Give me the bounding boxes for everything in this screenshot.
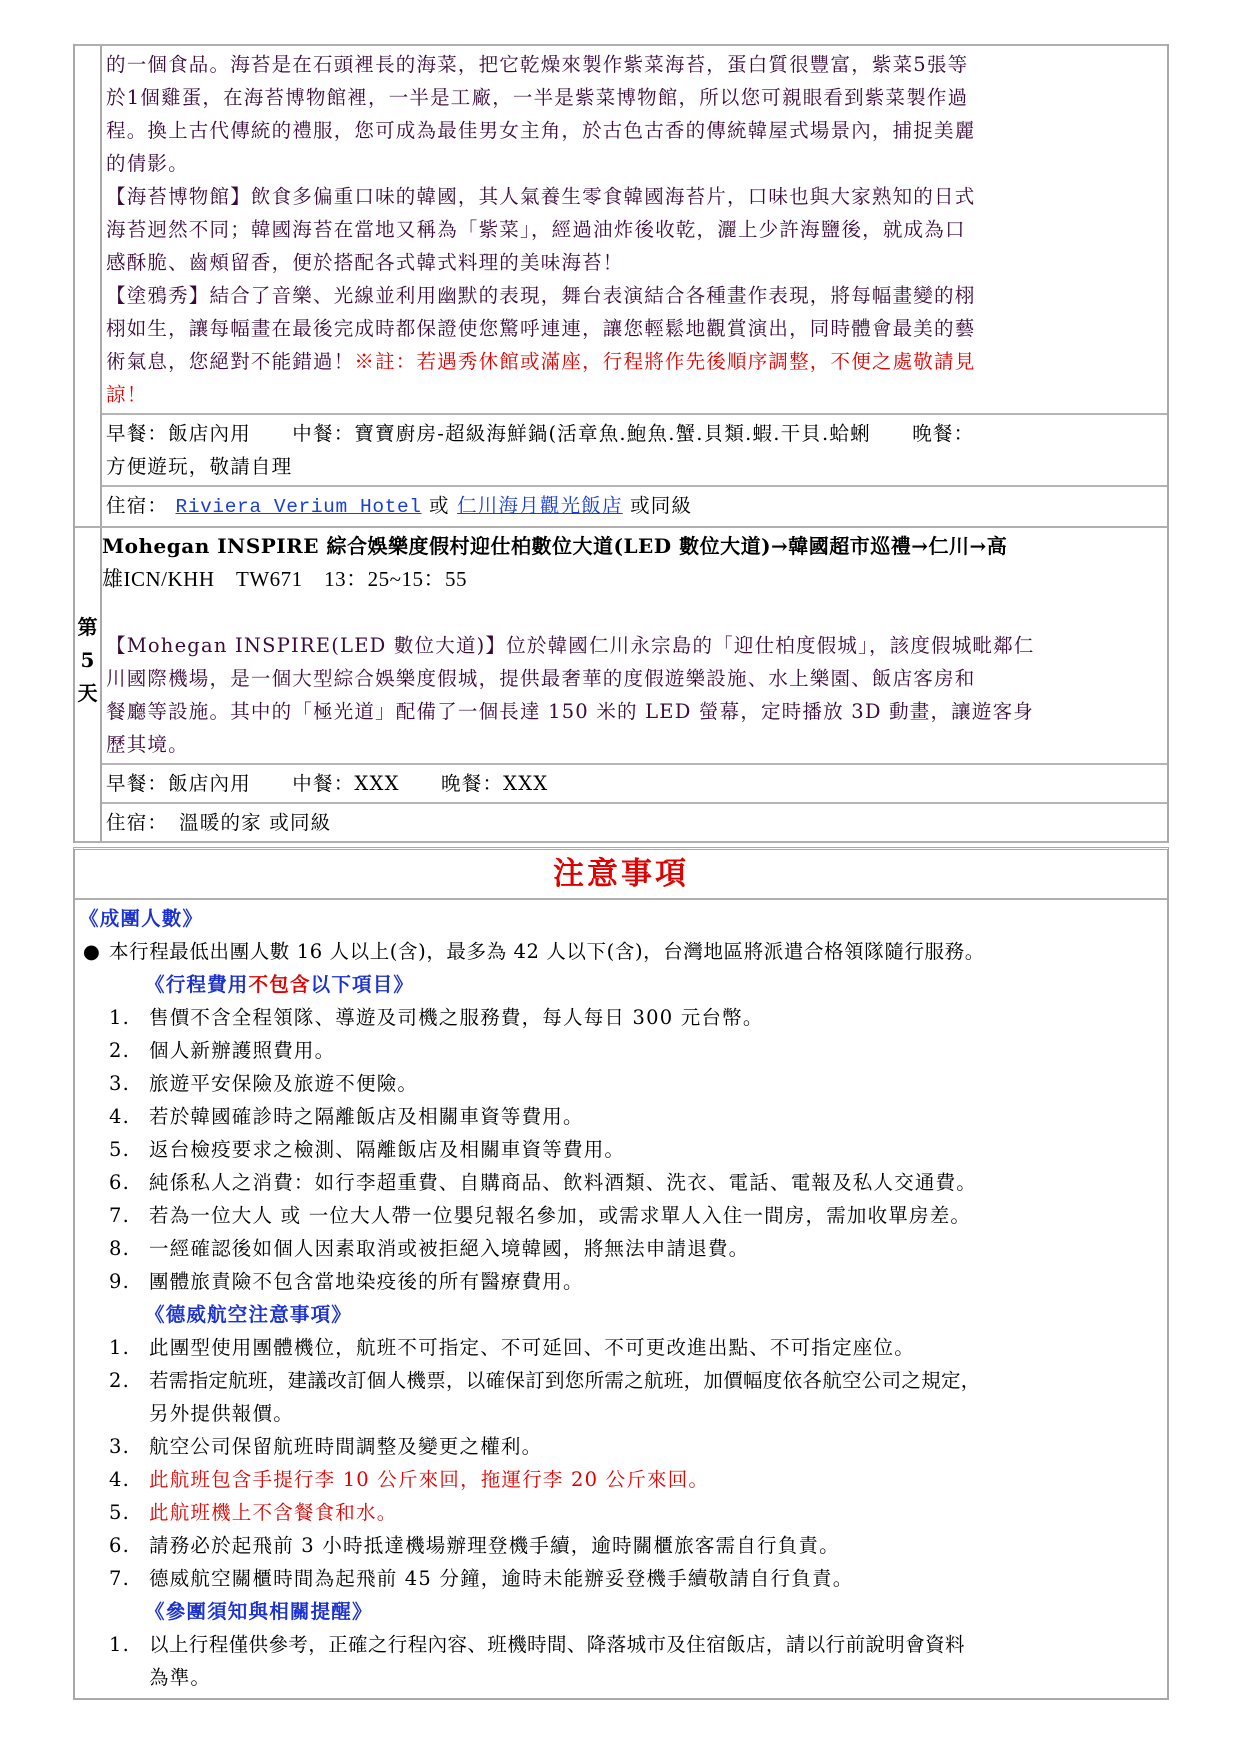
- item-number: 2.: [109, 1364, 149, 1430]
- item-text: 德威航空關櫃時間為起飛前 45 分鐘，逾時未能辦妥登機手續敬請自行負責。: [149, 1562, 1167, 1595]
- reminder-item: 1.以上行程僅供參考，正確之行程內容、班機時間、降落城市及住宿飯店，請以行前說明…: [75, 1628, 1167, 1694]
- airline-item: 4.此航班包含手提行李 10 公斤來回，拖運行李 20 公斤來回。: [75, 1463, 1167, 1496]
- lodging-cell: 住宿： 溫暖的家 或同級: [102, 802, 1167, 841]
- excluded-heading-red: 不包含: [249, 973, 311, 996]
- day-label-number: 5: [75, 644, 100, 677]
- item-number: 4.: [109, 1463, 149, 1496]
- item-text: 返台檢疫要求之檢測、隔離飯店及相關車資等費用。: [149, 1133, 1167, 1166]
- item-number: 1.: [109, 1001, 149, 1034]
- day-description: 【Mohegan INSPIRE(LED 數位大道)】位於韓國仁川永宗島的「迎仕…: [102, 629, 1163, 761]
- item-number: 3.: [109, 1430, 149, 1463]
- desc-text: 術氣息，您絕對不能錯過！: [106, 350, 354, 373]
- excluded-item: 7.若為一位大人 或 一位大人帶一位嬰兒報名參加，或需求單人入住一間房，需加收單…: [75, 1199, 1167, 1232]
- meals-line: 方便遊玩，敬請自理: [106, 450, 1163, 483]
- notes-section: 注意事項 《成團人數》 ● 本行程最低出團人數 16 人以上(含)，最多為 42…: [73, 847, 1169, 1700]
- excluded-heading-a: 《行程費用: [145, 973, 249, 996]
- item-text: 純係私人之消費：如行李超重費、自購商品、飲料酒類、洗衣、電話、電報及私人交通費。: [149, 1166, 1167, 1199]
- desc-line: 的一個食品。海苔是在石頭裡長的海菜，把它乾燥來製作紫菜海苔，蛋白質很豐富，紫菜5…: [106, 48, 1163, 81]
- desc-line: 於1個雞蛋，在海苔博物館裡，一半是工廠，一半是紫菜博物館，所以您可親眼看到紫菜製…: [106, 81, 1163, 114]
- desc-line: 川國際機場，是一個大型綜合娛樂度假城，提供最奢華的度假遊樂設施、水上樂園、飯店客…: [106, 662, 1163, 695]
- excluded-item: 9.團體旅責險不包含當地染疫後的所有醫療費用。: [75, 1265, 1167, 1298]
- item-text: 若為一位大人 或 一位大人帶一位嬰兒報名參加，或需求單人入住一間房，需加收單房差…: [149, 1199, 1167, 1232]
- hotel-link-incheon[interactable]: 仁川海月觀光飯店: [457, 494, 623, 517]
- item-number: 6.: [109, 1166, 149, 1199]
- excluded-item: 2.個人新辦護照費用。: [75, 1034, 1167, 1067]
- day-title-and-description: Mohegan INSPIRE 綜合娛樂度假村迎仕柏數位大道(LED 數位大道)…: [102, 528, 1167, 763]
- item-number: 9.: [109, 1265, 149, 1298]
- day-title: Mohegan INSPIRE 綜合娛樂度假村迎仕柏數位大道(LED 數位大道)…: [102, 530, 1163, 563]
- airline-item: 3.航空公司保留航班時間調整及變更之權利。: [75, 1430, 1167, 1463]
- item-text: 一經確認後如個人因素取消或被拒絕入境韓國，將無法申請退費。: [149, 1232, 1167, 1265]
- item-text: 航空公司保留航班時間調整及變更之權利。: [149, 1430, 1167, 1463]
- lodging-suffix: 或同級: [630, 494, 692, 517]
- excluded-item: 4.若於韓國確診時之隔離飯店及相關車資等費用。: [75, 1100, 1167, 1133]
- item-number: 2.: [109, 1034, 149, 1067]
- excluded-item: 8.一經確認後如個人因素取消或被拒絕入境韓國，將無法申請退費。: [75, 1232, 1167, 1265]
- day-column: [75, 46, 102, 526]
- item-text: 旅遊平安保險及旅遊不便險。: [149, 1067, 1167, 1100]
- desc-line: 餐廳等設施。其中的「極光道」配備了一個長達 150 米的 LED 螢幕，定時播放…: [106, 695, 1163, 728]
- item-text: 若於韓國確診時之隔離飯店及相關車資等費用。: [149, 1100, 1167, 1133]
- airline-item: 1.此團型使用團體機位，航班不可指定、不可延回、不可更改進出點、不可指定座位。: [75, 1331, 1167, 1364]
- notes-body: 《成團人數》 ● 本行程最低出團人數 16 人以上(含)，最多為 42 人以下(…: [75, 900, 1167, 1698]
- day-column: 第 5 天: [75, 528, 102, 841]
- item-number: 1.: [109, 1331, 149, 1364]
- item-text-cont: 為準。: [149, 1666, 211, 1689]
- bullet-text: 本行程最低出團人數 16 人以上(含)，最多為 42 人以下(含)，台灣地區將派…: [109, 935, 985, 968]
- page: 的一個食品。海苔是在石頭裡長的海菜，把它乾燥來製作紫菜海苔，蛋白質很豐富，紫菜5…: [73, 44, 1165, 1700]
- item-text: 以上行程僅供參考，正確之行程內容、班機時間、降落城市及住宿飯店，請以行前說明會資…: [149, 1628, 1167, 1694]
- item-number: 5.: [109, 1496, 149, 1529]
- desc-line: 的倩影。: [106, 147, 1163, 180]
- airline-item: 2.若需指定航班，建議改訂個人機票，以確保訂到您所需之航班，加價幅度依各航空公司…: [75, 1364, 1167, 1430]
- item-text: 請務必於起飛前 3 小時抵達機場辦理登機手續，逾時關櫃旅客需自行負責。: [149, 1529, 1167, 1562]
- reminders-heading: 《參團須知與相關提醒》: [75, 1595, 1167, 1628]
- excluded-heading-b: 以下項目》: [311, 973, 415, 996]
- item-number: 4.: [109, 1100, 149, 1133]
- show-closure-note-cont: 諒！: [106, 378, 1163, 411]
- item-text: 此團型使用團體機位，航班不可指定、不可延回、不可更改進出點、不可指定座位。: [149, 1331, 1167, 1364]
- itinerary-row-day5: 第 5 天 Mohegan INSPIRE 綜合娛樂度假村迎仕柏數位大道(LED…: [75, 526, 1167, 841]
- item-number: 1.: [109, 1628, 149, 1694]
- desc-line: 【Mohegan INSPIRE(LED 數位大道)】位於韓國仁川永宗島的「迎仕…: [106, 629, 1163, 662]
- spacer: [102, 596, 1163, 629]
- hotel-link-riviera[interactable]: Riviera Verium Hotel: [176, 496, 422, 518]
- meals-line: 早餐：飯店內用 中餐：寶寶廚房-超級海鮮鍋(活章魚.鮑魚.蟹.貝類.蝦.干貝.蛤…: [106, 417, 1163, 450]
- desc-line: 【塗鴉秀】結合了音樂、光線並利用幽默的表現，舞台表演結合各種畫作表現，將每幅畫變…: [106, 279, 1163, 312]
- excluded-item: 1.售價不含全程領隊、導遊及司機之服務費，每人每日 300 元台幣。: [75, 1001, 1167, 1034]
- day-label-char: 第: [75, 611, 100, 644]
- group-size-heading: 《成團人數》: [75, 902, 1167, 935]
- excluded-item: 6.純係私人之消費：如行李超重費、自購商品、飲料酒類、洗衣、電話、電報及私人交通…: [75, 1166, 1167, 1199]
- notes-title: 注意事項: [75, 850, 1167, 900]
- show-closure-note: ※註：若遇秀休館或滿座，行程將作先後順序調整，不便之處敬請見: [354, 350, 975, 373]
- item-number: 6.: [109, 1529, 149, 1562]
- airline-item: 5.此航班機上不含餐食和水。: [75, 1496, 1167, 1529]
- desc-line: 感酥脆、齒頰留香，便於搭配各式韓式料理的美味海苔！: [106, 246, 1163, 279]
- day-description: 的一個食品。海苔是在石頭裡長的海菜，把它乾燥來製作紫菜海苔，蛋白質很豐富，紫菜5…: [102, 46, 1167, 413]
- item-number: 7.: [109, 1199, 149, 1232]
- desc-line: 歷其境。: [106, 728, 1163, 761]
- itinerary-table: 的一個食品。海苔是在石頭裡長的海菜，把它乾燥來製作紫菜海苔，蛋白質很豐富，紫菜5…: [73, 44, 1169, 843]
- table-bottom-border: [75, 841, 1167, 843]
- item-text-red: 此航班包含手提行李 10 公斤來回，拖運行李 20 公斤來回。: [149, 1463, 1167, 1496]
- item-text-line: 以上行程僅供參考，正確之行程內容、班機時間、降落城市及住宿飯店，請以行前說明會資…: [149, 1633, 965, 1656]
- item-text-cont: 另外提供報價。: [149, 1402, 294, 1425]
- desc-line: 術氣息，您絕對不能錯過！※註：若遇秀休館或滿座，行程將作先後順序調整，不便之處敬…: [106, 345, 1163, 378]
- excluded-heading: 《行程費用不包含以下項目》: [75, 968, 1167, 1001]
- airline-item: 6.請務必於起飛前 3 小時抵達機場辦理登機手續，逾時關櫃旅客需自行負責。: [75, 1529, 1167, 1562]
- lodging-cell: 住宿： Riviera Verium Hotel 或 仁川海月觀光飯店 或同級: [102, 485, 1167, 526]
- item-text: 個人新辦護照費用。: [149, 1034, 1167, 1067]
- item-text: 團體旅責險不包含當地染疫後的所有醫療費用。: [149, 1265, 1167, 1298]
- itinerary-row-day4-continued: 的一個食品。海苔是在石頭裡長的海菜，把它乾燥來製作紫菜海苔，蛋白質很豐富，紫菜5…: [75, 44, 1167, 526]
- bullet-icon: ●: [75, 935, 109, 968]
- flight-info: 雄ICN/KHH TW671 13：25~15：55: [102, 563, 1163, 596]
- day-content: Mohegan INSPIRE 綜合娛樂度假村迎仕柏數位大道(LED 數位大道)…: [102, 528, 1167, 841]
- desc-line: 【海苔博物館】飲食多偏重口味的韓國，其人氣養生零食韓國海苔片，口味也與大家熟知的…: [106, 180, 1163, 213]
- item-text: 售價不含全程領隊、導遊及司機之服務費，每人每日 300 元台幣。: [149, 1001, 1167, 1034]
- lodging-or: 或: [429, 494, 450, 517]
- item-number: 3.: [109, 1067, 149, 1100]
- item-number: 8.: [109, 1232, 149, 1265]
- item-text-red: 此航班機上不含餐食和水。: [149, 1496, 1167, 1529]
- excluded-item: 3.旅遊平安保險及旅遊不便險。: [75, 1067, 1167, 1100]
- desc-line: 海苔迥然不同；韓國海苔在當地又稱為「紫菜」，經過油炸後收乾，灑上少許海鹽後，就成…: [106, 213, 1163, 246]
- day-label-char: 天: [75, 677, 100, 710]
- meals-cell: 早餐：飯店內用 中餐：XXX 晚餐：XXX: [102, 763, 1167, 802]
- airline-heading: 《德威航空注意事項》: [75, 1298, 1167, 1331]
- meals-cell: 早餐：飯店內用 中餐：寶寶廚房-超級海鮮鍋(活章魚.鮑魚.蟹.貝類.蝦.干貝.蛤…: [102, 413, 1167, 485]
- item-text: 若需指定航班，建議改訂個人機票，以確保訂到您所需之航班，加價幅度依各航空公司之規…: [149, 1364, 1167, 1430]
- day-content: 的一個食品。海苔是在石頭裡長的海菜，把它乾燥來製作紫菜海苔，蛋白質很豐富，紫菜5…: [102, 46, 1167, 526]
- group-size-bullet: ● 本行程最低出團人數 16 人以上(含)，最多為 42 人以下(含)，台灣地區…: [75, 935, 1167, 968]
- item-text-line: 若需指定航班，建議改訂個人機票，以確保訂到您所需之航班，加價幅度依各航空公司之規…: [149, 1369, 981, 1392]
- excluded-item: 5.返台檢疫要求之檢測、隔離飯店及相關車資等費用。: [75, 1133, 1167, 1166]
- item-number: 5.: [109, 1133, 149, 1166]
- lodging-label: 住宿：: [106, 494, 168, 517]
- desc-line: 程。換上古代傳統的禮服，您可成為最佳男女主角，於古色古香的傳統韓屋式場景內，捕捉…: [106, 114, 1163, 147]
- airline-item: 7.德威航空關櫃時間為起飛前 45 分鐘，逾時未能辦妥登機手續敬請自行負責。: [75, 1562, 1167, 1595]
- desc-line: 栩如生，讓每幅畫在最後完成時都保證使您驚呼連連，讓您輕鬆地觀賞演出，同時體會最美…: [106, 312, 1163, 345]
- item-number: 7.: [109, 1562, 149, 1595]
